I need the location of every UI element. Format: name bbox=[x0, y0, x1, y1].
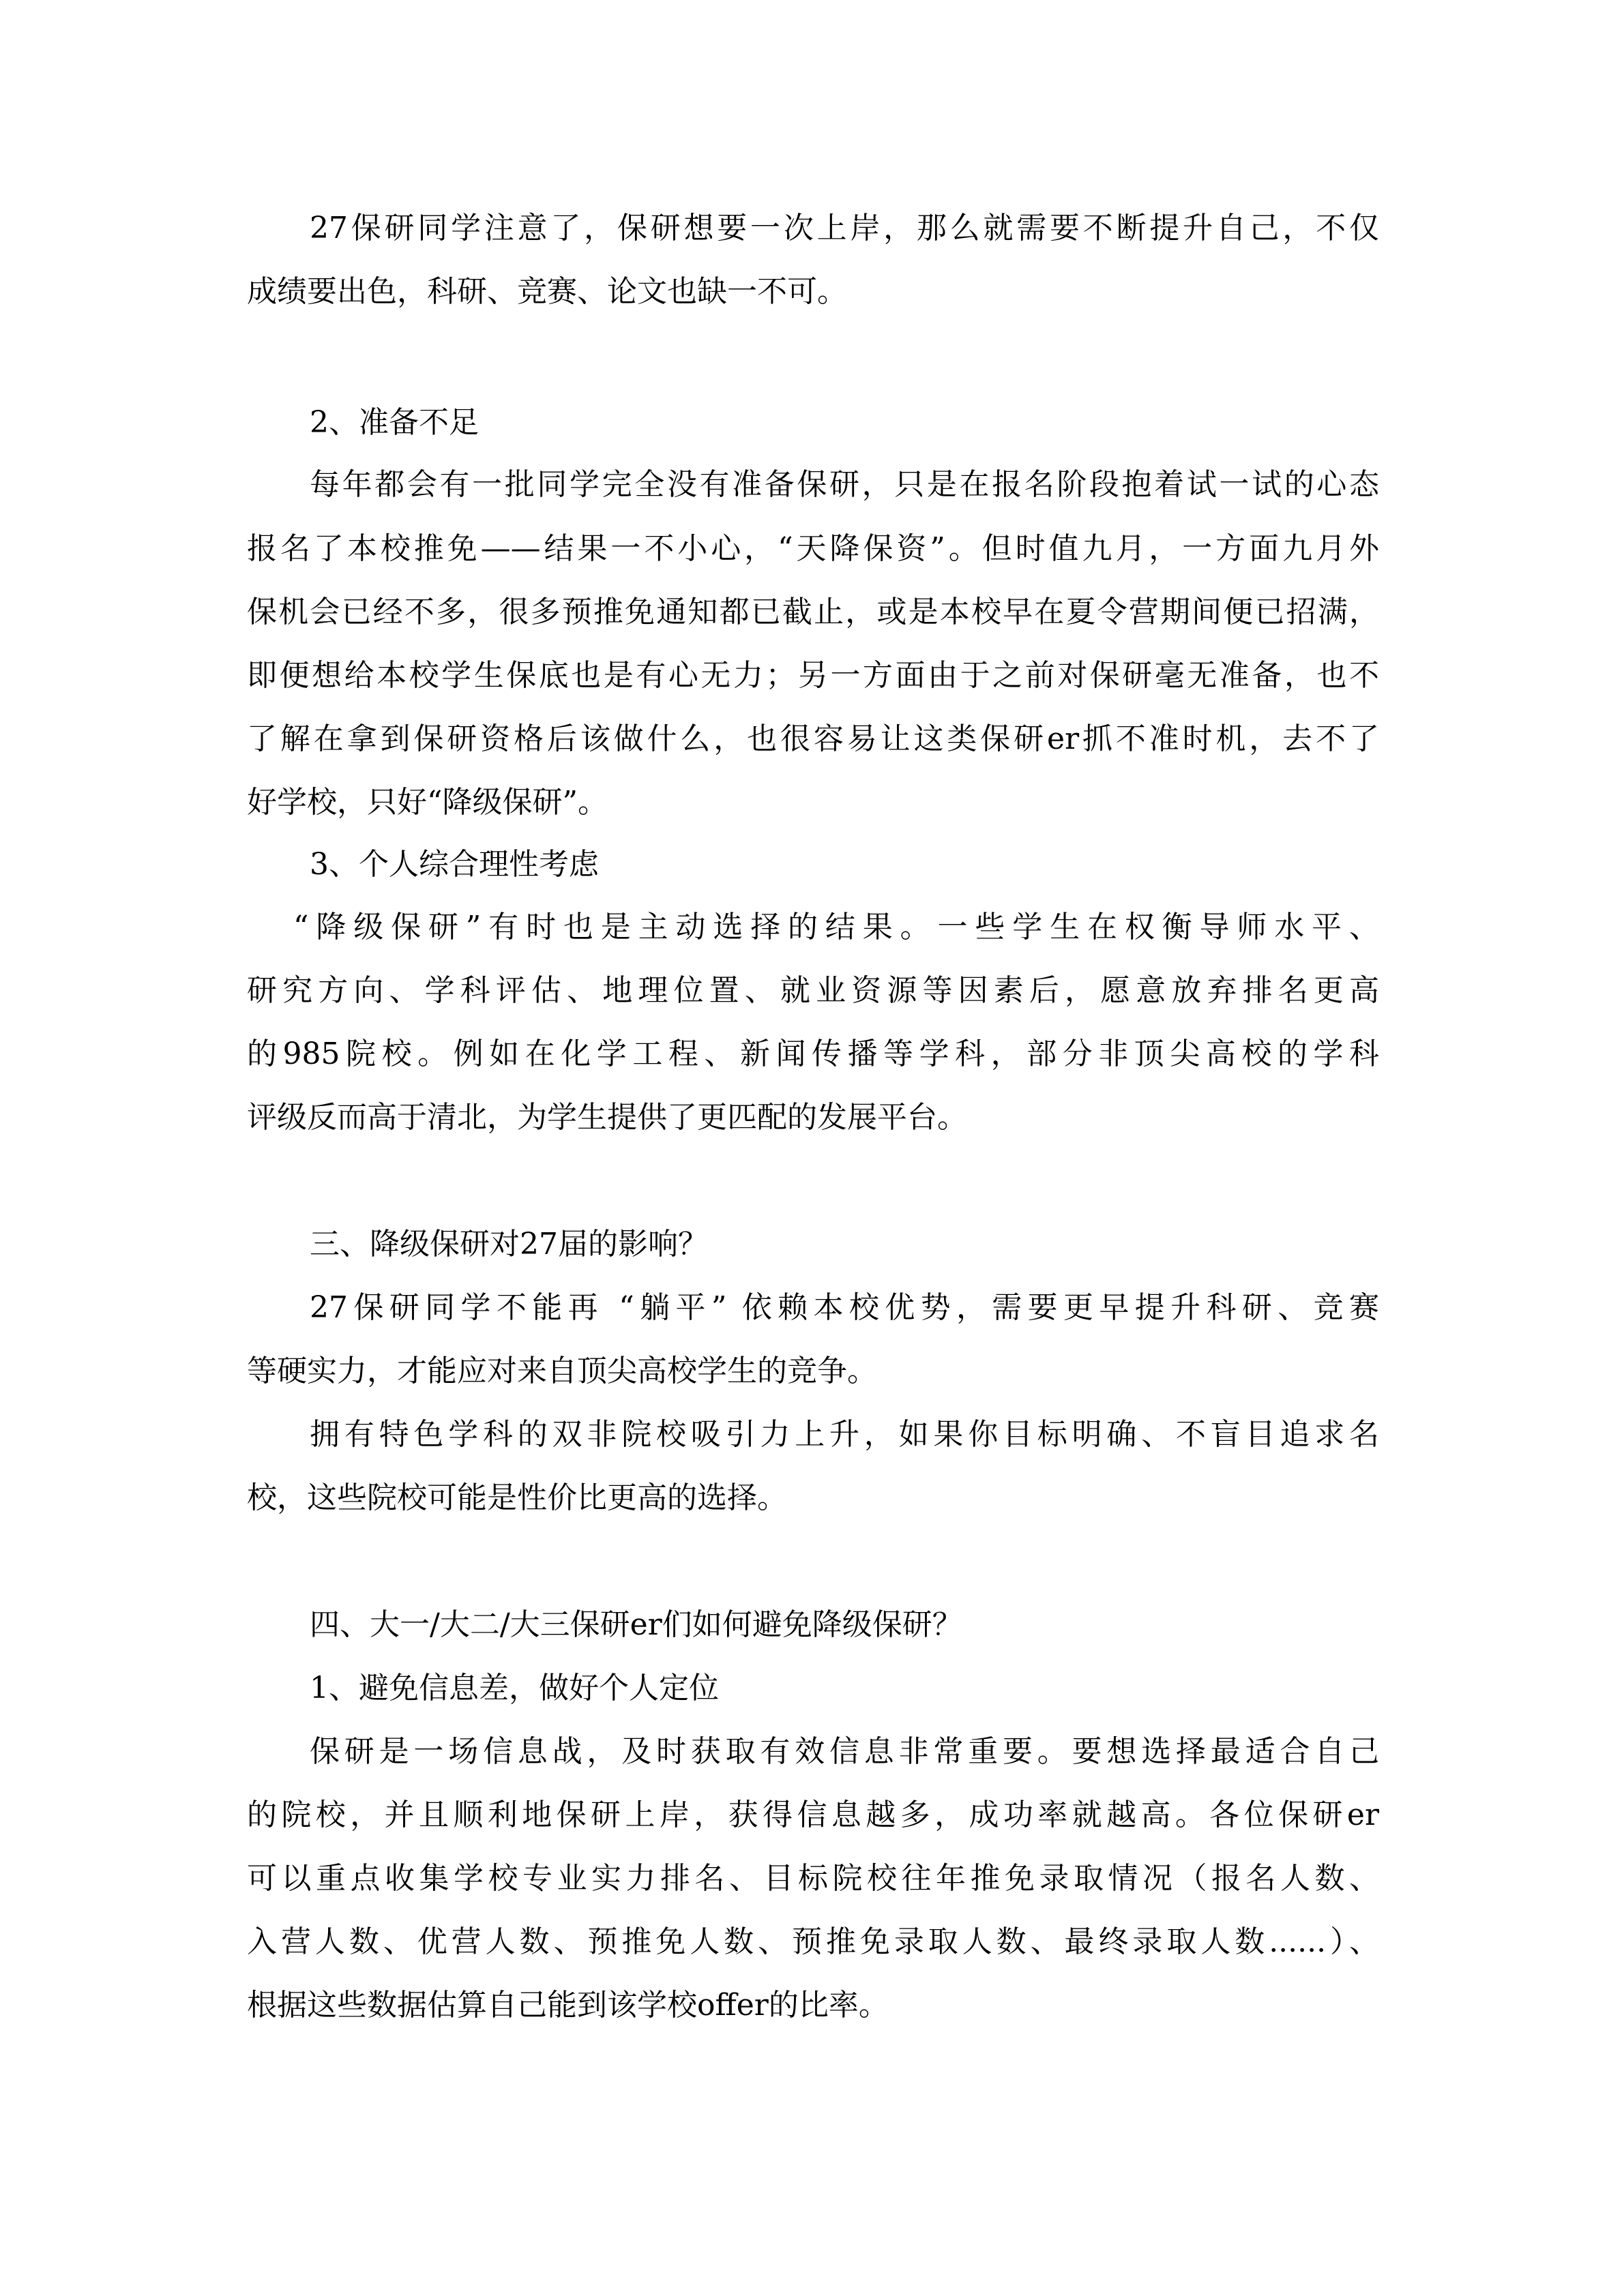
paragraph-line: 保研是一场信息战，及时获取有效信息非常重要。要想选择最适合自己 bbox=[310, 1731, 1379, 1772]
paragraph-line: 入营人数、优营人数、预推免人数、预推免录取人数、最终录取人数......）、 bbox=[247, 1922, 1379, 1963]
paragraph-line: 好学校，只好“降级保研”。 bbox=[247, 782, 1379, 823]
paragraph-line: 拥有特色学科的双非院校吸引力上升，如果你目标明确、不盲目追求名 bbox=[310, 1414, 1379, 1455]
section-heading: 3、个人综合理性考虑 bbox=[310, 844, 1379, 885]
paragraph-line: 即便想给本校学生保底也是有心无力；另一方面由于之前对保研毫无准备，也不 bbox=[247, 655, 1379, 696]
section-heading: 四、大一/大二/大三保研er们如何避免降级保研？ bbox=[310, 1605, 1379, 1645]
document-page: 27保研同学注意了，保研想要一次上岸，那么就需要不断提升自己，不仅 成绩要出色，… bbox=[0, 0, 1624, 2296]
paragraph-line: 保机会已经不多，很多预推免通知都已截止，或是本校早在夏令营期间便已招满， bbox=[247, 592, 1379, 633]
section-heading: 2、准备不足 bbox=[310, 402, 1379, 443]
paragraph-line: 的院校，并且顺利地保研上岸，获得信息越多，成功率就越高。各位保研er bbox=[247, 1795, 1379, 1836]
paragraph-line: 研究方向、学科评估、地理位置、就业资源等因素后，愿意放弃排名更高 bbox=[247, 970, 1379, 1011]
paragraph-line: 根据这些数据估算自己能到该学校offer的比率。 bbox=[247, 1985, 1379, 2026]
paragraph-line: “降级保研”有时也是主动选择的结果。一些学生在权衡导师水平、 bbox=[293, 907, 1379, 948]
paragraph-line: 了解在拿到保研资格后该做什么，也很容易让这类保研er抓不准时机，去不了 bbox=[247, 719, 1379, 760]
paragraph-line: 报名了本校推免——结果一不小心，“天降保资”。但时值九月，一方面九月外 bbox=[247, 528, 1379, 569]
paragraph-line: 等硬实力，才能应对来自顶尖高校学生的竞争。 bbox=[247, 1351, 1379, 1392]
paragraph-line: 27保研同学注意了，保研想要一次上岸，那么就需要不断提升自己，不仅 bbox=[310, 208, 1379, 249]
subsection-heading: 1、避免信息差，做好个人定位 bbox=[310, 1668, 1379, 1709]
paragraph-line: 评级反而高于清北，为学生提供了更匹配的发展平台。 bbox=[247, 1097, 1379, 1138]
paragraph-line: 每年都会有一批同学完全没有准备保研，只是在报名阶段抱着试一试的心态 bbox=[310, 464, 1379, 505]
paragraph-line: 成绩要出色，科研、竞赛、论文也缺一不可。 bbox=[247, 271, 1379, 312]
paragraph-line: 的985院校。例如在化学工程、新闻传播等学科，部分非顶尖高校的学科 bbox=[247, 1034, 1379, 1075]
section-heading: 三、降级保研对27届的影响？ bbox=[310, 1224, 1379, 1265]
paragraph-line: 27保研同学不能再 “躺平” 依赖本校优势，需要更早提升科研、竞赛 bbox=[310, 1287, 1379, 1328]
paragraph-line: 校，这些院校可能是性价比更高的选择。 bbox=[247, 1478, 1379, 1519]
paragraph-line: 可以重点收集学校专业实力排名、目标院校往年推免录取情况（报名人数、 bbox=[247, 1858, 1379, 1899]
